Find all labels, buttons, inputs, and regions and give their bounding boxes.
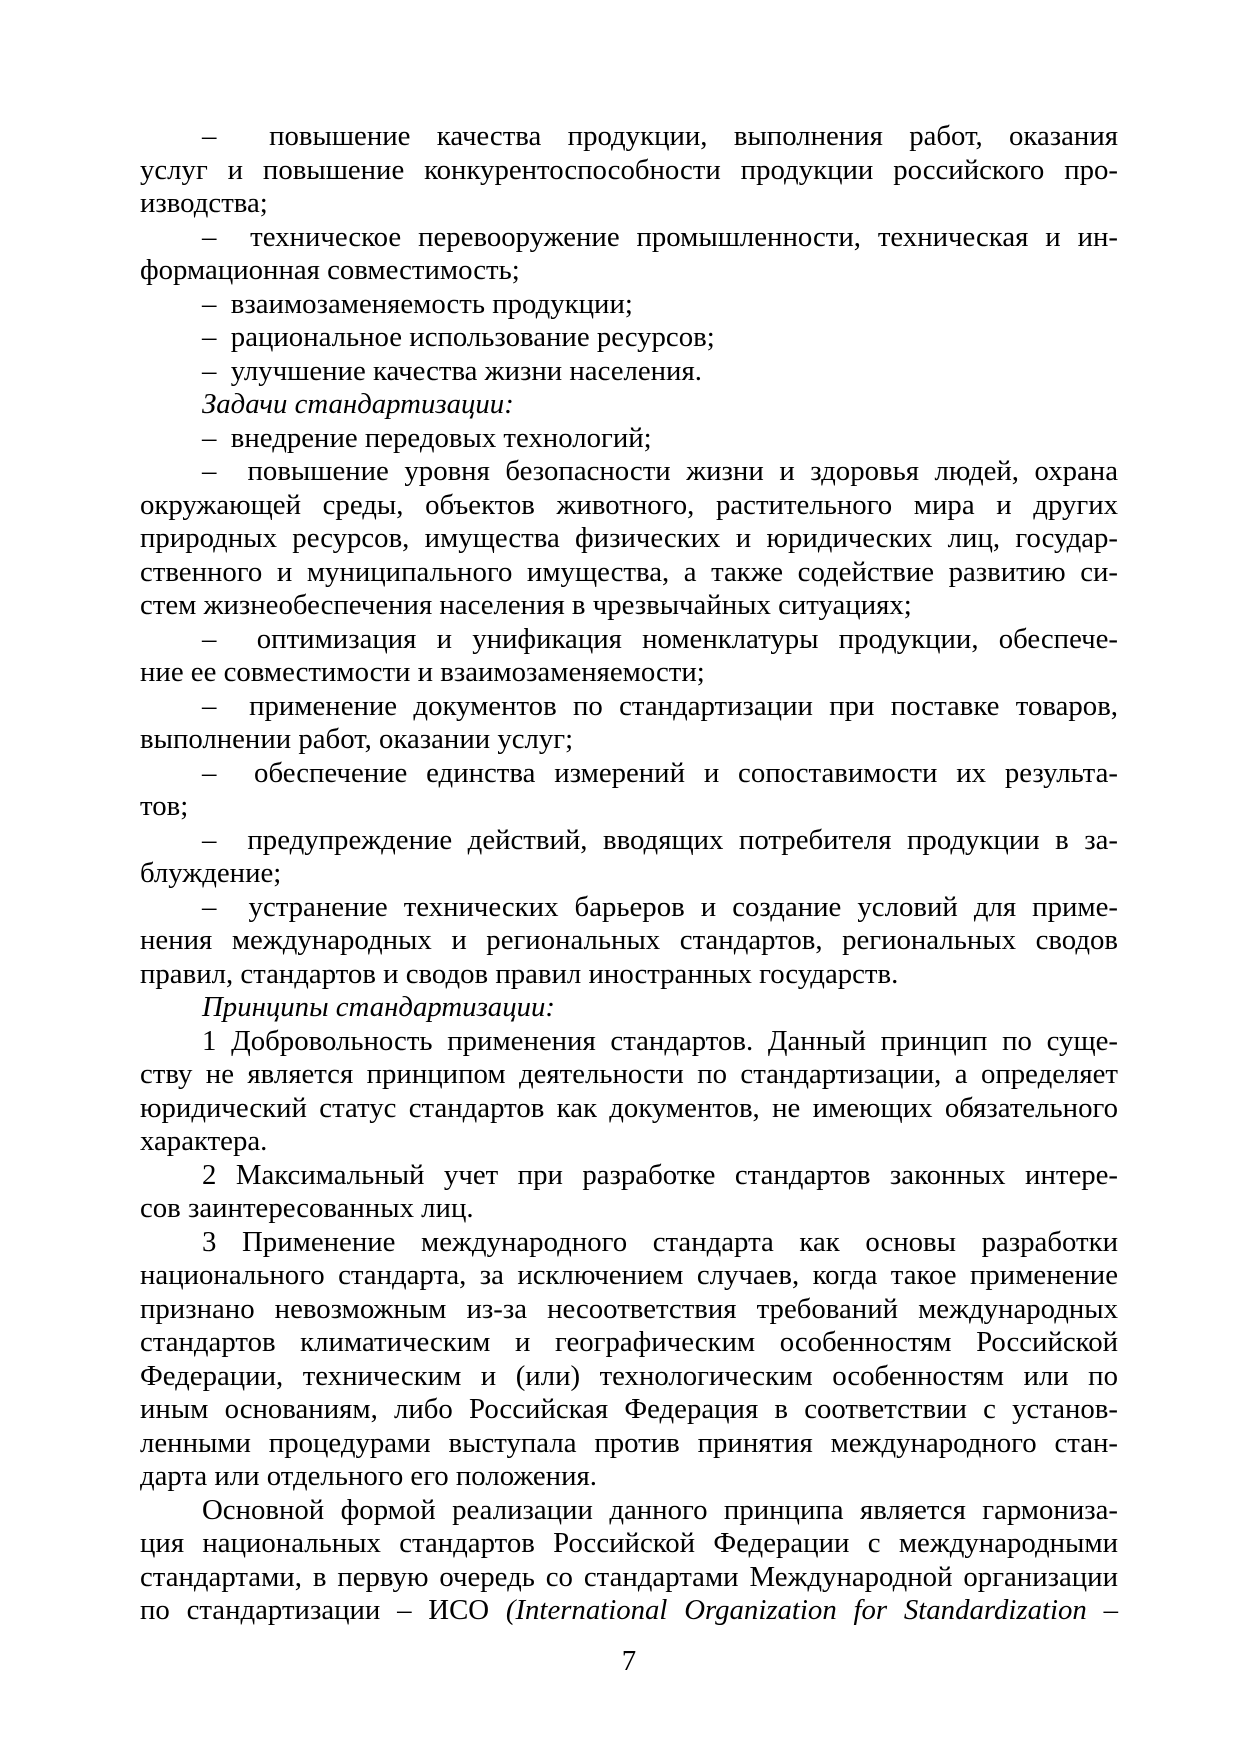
text-line: – повышение качества продукции, выполнен… xyxy=(140,120,1118,154)
text-line: нения международных и региональных станд… xyxy=(140,924,1118,958)
text-line: природных ресурсов, имущества физических… xyxy=(140,522,1118,556)
text-line: юридический статус стандартов как докуме… xyxy=(140,1092,1118,1126)
document-page: – повышение качества продукции, выполнен… xyxy=(0,0,1241,1754)
text-line: ция национальных стандартов Российской Ф… xyxy=(140,1527,1118,1561)
heading-principles: Принципы стандартизации: xyxy=(140,991,1118,1025)
text-line: окружающей среды, объектов животного, ра… xyxy=(140,489,1118,523)
text-line: 1 Добровольность применения стандартов. … xyxy=(140,1025,1118,1059)
text-line: 2 Максимальный учет при разработке станд… xyxy=(140,1159,1118,1193)
text-line: стандартами, в первую очередь со стандар… xyxy=(140,1561,1118,1595)
text-line: – рациональное использование ресурсов; xyxy=(140,321,1118,355)
text-line: – улучшение качества жизни населения. xyxy=(140,355,1118,389)
bullet-rational-resources: – рациональное использование ресурсов; xyxy=(140,321,1118,355)
text-line: формационная совместимость; xyxy=(140,254,1118,288)
text-line: ние ее совместимости и взаимозаменяемост… xyxy=(140,656,1118,690)
text-line: – устранение технических барьеров и созд… xyxy=(140,891,1118,925)
text-line: – применение документов по стандартизаци… xyxy=(140,690,1118,724)
text-line: – внедрение передовых технологий; xyxy=(140,422,1118,456)
bullet-quality-improvement: – повышение качества продукции, выполнен… xyxy=(140,120,1118,221)
bullet-measurement-unity: – обеспечение единства измерений и сопос… xyxy=(140,757,1118,824)
text-line: 3 Применение международного стандарта ка… xyxy=(140,1226,1118,1260)
bullet-optimization-unification: – оптимизация и унификация номенклатуры … xyxy=(140,623,1118,690)
text-line: Принципы стандартизации: xyxy=(140,991,1118,1025)
text-line: национального стандарта, за исключением … xyxy=(140,1259,1118,1293)
page-number: 7 xyxy=(140,1645,1118,1679)
text-line: ственного и муниципального имущества, а … xyxy=(140,556,1118,590)
paragraph-harmonization: Основной формой реализации данного принц… xyxy=(140,1494,1118,1628)
text-line: – взаимозаменяемость продукции; xyxy=(140,288,1118,322)
bullet-technical-barriers: – устранение технических барьеров и созд… xyxy=(140,891,1118,992)
text-line: тов; xyxy=(140,790,1118,824)
text-line: ству не является принципом деятельности … xyxy=(140,1058,1118,1092)
text-line: блуждение; xyxy=(140,857,1118,891)
bullet-advanced-technologies: – внедрение передовых технологий; xyxy=(140,422,1118,456)
text-line: – предупреждение действий, вводящих потр… xyxy=(140,824,1118,858)
text-line: признано невозможным из-за несоответстви… xyxy=(140,1293,1118,1327)
text-line: Федерации, техническим и (или) технологи… xyxy=(140,1360,1118,1394)
text-line: иным основаниям, либо Российская Федерац… xyxy=(140,1393,1118,1427)
text-line: характера. xyxy=(140,1125,1118,1159)
bullet-safety-level: – повышение уровня безопасности жизни и … xyxy=(140,455,1118,623)
bullet-life-quality: – улучшение качества жизни населения. xyxy=(140,355,1118,389)
principle-2-interests: 2 Максимальный учет при разработке станд… xyxy=(140,1159,1118,1226)
text-line: Задачи стандартизации: xyxy=(140,388,1118,422)
text-line: Основной формой реализации данного принц… xyxy=(140,1494,1118,1528)
bullet-documents-application: – применение документов по стандартизаци… xyxy=(140,690,1118,757)
text-segment: – xyxy=(1087,1594,1118,1626)
bullet-interchangeability: – взаимозаменяемость продукции; xyxy=(140,288,1118,322)
text-line: выполнении работ, оказании услуг; xyxy=(140,723,1118,757)
text-line: услуг и повышение конкурентоспособности … xyxy=(140,154,1118,188)
heading-tasks: Задачи стандартизации: xyxy=(140,388,1118,422)
text-block: – повышение качества продукции, выполнен… xyxy=(140,120,1118,1628)
text-segment: по стандартизации – ИСО xyxy=(140,1594,506,1626)
text-line: – обеспечение единства измерений и сопос… xyxy=(140,757,1118,791)
bullet-consumer-protection: – предупреждение действий, вводящих потр… xyxy=(140,824,1118,891)
italic-text: (International Organization for Standard… xyxy=(506,1594,1087,1626)
text-line: стем жизнеобеспечения населения в чрезвы… xyxy=(140,589,1118,623)
text-line: стандартов климатическим и географически… xyxy=(140,1326,1118,1360)
text-line: по стандартизации – ИСО (International O… xyxy=(140,1594,1118,1628)
text-line: – техническое перевооружение промышленно… xyxy=(140,221,1118,255)
text-line: правил, стандартов и сводов правил иност… xyxy=(140,958,1118,992)
text-line: сов заинтересованных лиц. xyxy=(140,1192,1118,1226)
text-line: ленными процедурами выступала против при… xyxy=(140,1427,1118,1461)
text-line: – оптимизация и унификация номенклатуры … xyxy=(140,623,1118,657)
principle-3-international-standard: 3 Применение международного стандарта ка… xyxy=(140,1226,1118,1494)
text-line: – повышение уровня безопасности жизни и … xyxy=(140,455,1118,489)
principle-1-voluntariness: 1 Добровольность применения стандартов. … xyxy=(140,1025,1118,1159)
text-line: изводства; xyxy=(140,187,1118,221)
text-line: дарта или отдельного его положения. xyxy=(140,1460,1118,1494)
bullet-technical-rearmament: – техническое перевооружение промышленно… xyxy=(140,221,1118,288)
